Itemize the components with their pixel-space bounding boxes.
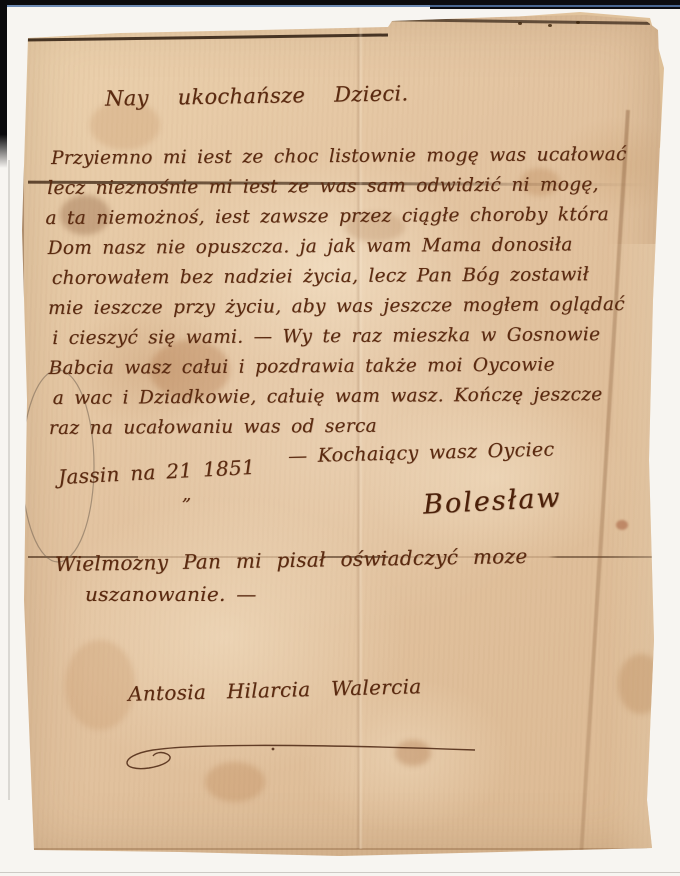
scan-frame-bottom-line xyxy=(0,872,680,873)
children-names: Antosia Hilarcia Walercia xyxy=(128,674,422,706)
letter-closing: — Kochaiący wasz Oyciec xyxy=(288,439,555,468)
postscript-line: uszanowanie. — xyxy=(85,582,257,606)
letter-salutation: Nay ukochańsze Dzieci. xyxy=(105,81,409,110)
paper-top-edge xyxy=(26,33,388,41)
handwritten-line: mie ieszcze przy życiu, aby was jeszcze … xyxy=(48,290,628,324)
handwritten-line: i cieszyć się wami. — Wy te raz mieszka … xyxy=(52,320,628,354)
letter-body: Przyiemno mi iest ze choc listownie mogę… xyxy=(51,140,629,444)
handwritten-line: a wac i Dziadkowie, całuię wam wasz. Koń… xyxy=(53,380,629,414)
signature: Bolesław xyxy=(422,482,562,520)
letter-dateline: Jassin na 21 1851 xyxy=(58,455,256,489)
handwritten-line: lecz nieznośnie mi iest ze was sam odwid… xyxy=(47,170,627,204)
ink-speck xyxy=(548,24,552,27)
ink-speck xyxy=(518,22,522,25)
handwritten-line: chorowałem bez nadziei życia, lecz Pan B… xyxy=(52,260,628,294)
stain xyxy=(65,640,135,730)
stain xyxy=(395,740,431,766)
paper-left-edge xyxy=(22,38,24,846)
handwritten-line: a ta niemożnoś, iest zawsze przez ciągłe… xyxy=(45,200,627,234)
flourish-underline xyxy=(115,732,490,780)
handwritten-line: Przyiemno mi iest ze choc listownie mogę… xyxy=(51,140,627,174)
letter-paper: Nay ukochańsze Dzieci. Przyiemno mi iest… xyxy=(20,14,662,856)
handwritten-line: Dom nasz nie opuszcza. ja jak wam Mama d… xyxy=(48,230,628,264)
scan-frame-blue-line xyxy=(0,5,680,7)
stain xyxy=(205,762,265,802)
postscript-line: Wielmozny Pan mi pisał oświadczyć moze xyxy=(55,544,528,576)
stain xyxy=(618,654,664,714)
ink-speck xyxy=(576,21,580,24)
scanner-streak xyxy=(8,160,10,800)
scanned-letter-image: Nay ukochańsze Dzieci. Przyiemno mi iest… xyxy=(0,0,680,876)
handwritten-line: Babcia wasz całui i pozdrawia także moi … xyxy=(48,350,628,384)
date-quote-mark: „ xyxy=(182,484,192,505)
scan-frame-left xyxy=(0,0,7,168)
stain xyxy=(616,520,628,530)
paper-bottom-edge xyxy=(32,848,647,850)
